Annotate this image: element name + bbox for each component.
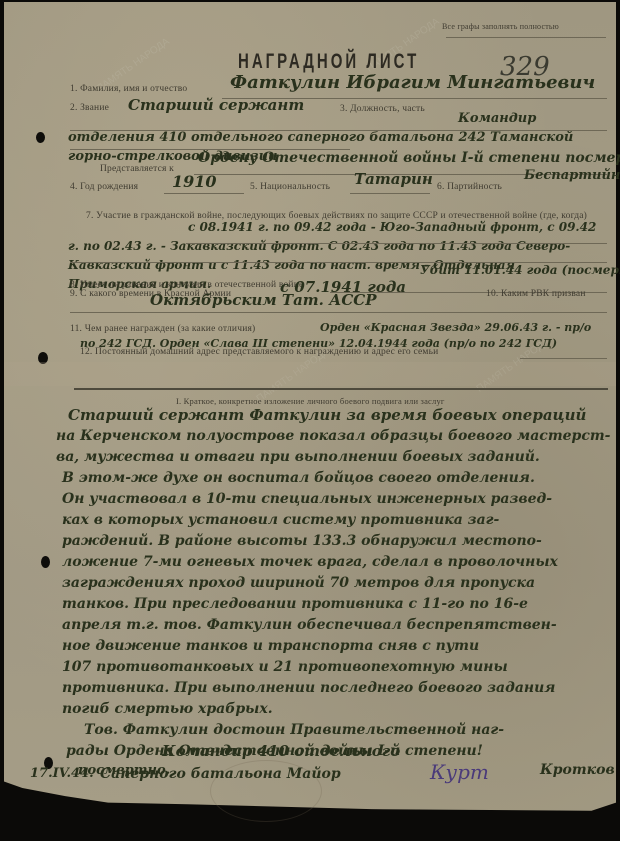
field-5-value: Татарин xyxy=(354,170,433,188)
narrative-line: 107 противотанковых и 21 противопехотную… xyxy=(62,657,617,678)
field-1-value: Фаткулин Ибрагим Мингатьевич xyxy=(230,72,595,93)
presented-to-label: Представляется к xyxy=(100,164,174,174)
section-divider xyxy=(74,388,608,390)
commander-signature: Курт xyxy=(430,760,489,784)
field-1-label: 1. Фамилия, имя и отчество xyxy=(70,84,187,94)
document-title: НАГРАДНОЙ ЛИСТ xyxy=(238,50,419,74)
narrative-line: В этом-же духе он воспитал бойцов своего… xyxy=(62,468,617,489)
narrative-line: противника. При выполнении последнего бо… xyxy=(62,678,617,699)
signature-line-1: Командир 410 отдельного xyxy=(162,742,400,760)
divider xyxy=(350,193,430,194)
punch-hole xyxy=(36,132,45,143)
field-6-label: 6. Партийность xyxy=(437,182,502,192)
commander-name: Кротков xyxy=(540,762,615,778)
blank-band xyxy=(4,362,616,386)
signature-date: 17.IV.44. xyxy=(30,766,94,781)
narrative-line: раждений. В районе высоты 133.3 обнаружи… xyxy=(62,531,617,552)
field-4-label: 4. Год рождения xyxy=(70,182,138,192)
presented-to-value: Ордену Отечественной войны I-й степени п… xyxy=(198,150,620,166)
narrative-line: заграждениях проход шириной 70 метров дл… xyxy=(62,573,617,594)
narrative-block: Старший сержант Фаткулин за время боевых… xyxy=(56,405,611,780)
narrative-line: ложение 7-ми огневых точек врага, сделал… xyxy=(62,552,617,573)
narrative-line: ках в которых установил систему противни… xyxy=(62,510,617,531)
divider xyxy=(520,358,607,359)
narrative-line: апреля т.г. тов. Фаткулин обеспечивал бе… xyxy=(62,615,617,636)
narrative-line: танков. При преследовании противника с 1… xyxy=(62,594,617,615)
narrative-line: Тов. Фаткулин достоин Правительственной … xyxy=(84,720,620,741)
field-8-value: Убит 11.01.44 года (посмертно) xyxy=(420,263,620,277)
field-6-value: Беспартийный xyxy=(524,168,620,183)
narrative-line: на Керченском полуострове показал образц… xyxy=(56,426,611,447)
field-4-value: 1910 xyxy=(172,172,217,191)
punch-hole xyxy=(41,556,50,568)
field-12-label: 12. Постоянный домашний адрес представля… xyxy=(80,347,438,357)
divider xyxy=(186,243,607,244)
narrative-line: Он участвовал в 10-ти специальных инжене… xyxy=(62,489,617,510)
field-5-label: 5. Национальность xyxy=(250,182,330,192)
divider xyxy=(446,37,606,38)
narrative-line: ва, мужества и отваги при выполнении бое… xyxy=(56,447,611,468)
divider xyxy=(70,312,607,313)
signature-line-2: Саперного батальона Майор xyxy=(100,766,341,782)
divider xyxy=(164,193,244,194)
narrative-line: ное движение танков и транспорта сняв с … xyxy=(62,636,617,657)
narrative-line: погиб смертью храбрых. xyxy=(62,699,617,720)
field-10-label: 10. Каким РВК призван xyxy=(486,289,586,299)
narrative-line: Старший сержант Фаткулин за время боевых… xyxy=(68,405,620,426)
fill-all-fields-note: Все графы заполнять полностью xyxy=(442,22,559,31)
field-10-value: Октябрьским Тат. АССР xyxy=(150,291,377,309)
divider xyxy=(70,130,607,131)
